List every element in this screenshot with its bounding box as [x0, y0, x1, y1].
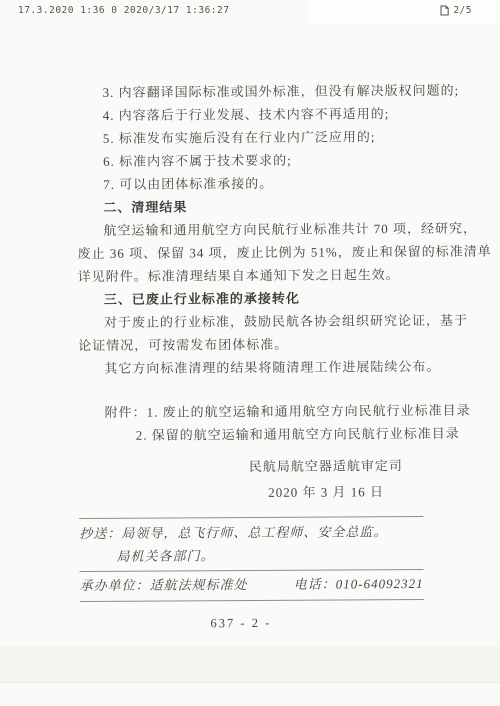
attachment-item-1: 1. 废止的航空运输和通用航空方向民航行业标准目录 [147, 403, 471, 420]
phone-label: 电话： [294, 576, 336, 591]
attachment-label: 附件： [105, 405, 147, 420]
list-item: 7. 可以由团体标准承接的。 [77, 171, 437, 196]
signature-date: 2020 年 3 月 16 日 [151, 478, 500, 506]
undertaker-value: 适航法规标准处 [150, 577, 248, 593]
signature-block: 民航局航空器适航审定司 2020 年 3 月 16 日 [151, 452, 500, 506]
attachment-item-2: 2. 保留的航空运输和通用航空方向民航行业标准目录 [79, 422, 439, 447]
phone-value: 010-64092321 [336, 576, 424, 592]
cc-value: 局领导，总飞行师、总工程师、安全总监。 [121, 524, 387, 541]
scanned-document-page: 17.3.2020 1:36 0 2020/3/17 1:36:27 2/5 3… [0, 0, 500, 706]
signature-org: 民航局航空器适航审定司 [151, 452, 500, 480]
cc-line-2: 局机关各部门。 [79, 543, 423, 571]
undertaker-label: 承办单位： [80, 578, 150, 593]
cc-label: 抄送： [79, 526, 121, 541]
list-item: 5. 标准发布实施后没有在行业内广泛应用的; [77, 125, 437, 150]
paragraph-line: 详见附件。标准清理结果自本通知下发之日起生效。 [78, 263, 438, 288]
undertaker-row: 承办单位：适航法规标准处 电话：010-64092321 [80, 570, 424, 601]
document-content: 3. 内容翻译国际标准或国外标准，但没有解决版权问题的; 4. 内容落后于行业发… [77, 79, 439, 447]
list-item: 6. 标准内容不属于技术要求的; [77, 148, 437, 173]
list-item: 3. 内容翻译国际标准或国外标准，但没有解决版权问题的; [77, 79, 437, 104]
paragraph-line: 其它方向标准清理的结果将随清理工作进展陆续公布。 [78, 355, 438, 380]
document-body: 3. 内容翻译国际标准或国外标准，但没有解决版权问题的; 4. 内容落后于行业发… [0, 0, 500, 706]
paragraph-line: 对于废止的行业标准，鼓励民航各协会组织研究论证，基于 [78, 309, 438, 334]
attachment-line-1: 附件：1. 废止的航空运输和通用航空方向民航行业标准目录 [79, 399, 439, 424]
page-number: 637 - 2 - [2, 615, 480, 633]
section-heading-3: 三、已废止行业标准的承接转化 [78, 286, 438, 311]
paragraph-line: 航空运输和通用航空方向民航行业标准共计 70 项，经研究， [77, 217, 437, 242]
undertaker: 承办单位：适航法规标准处 [80, 574, 248, 597]
phone: 电话：010-64092321 [294, 573, 424, 596]
paragraph-line: 论证情况，可按需发布团体标准。 [78, 332, 438, 357]
cc-line-1: 抄送：局领导，总飞行师、总工程师、安全总监。 [79, 517, 423, 545]
blank-line [78, 378, 438, 401]
list-item: 4. 内容落后于行业发展、技术内容不再适用的; [77, 102, 437, 127]
footer-block: 抄送：局领导，总飞行师、总工程师、安全总监。 局机关各部门。 承办单位：适航法规… [79, 516, 424, 602]
section-heading-2: 二、清理结果 [77, 194, 437, 219]
paragraph-line: 废止 36 项、保留 34 项，废止比例为 51%，废止和保留的标准清单 [78, 240, 438, 265]
